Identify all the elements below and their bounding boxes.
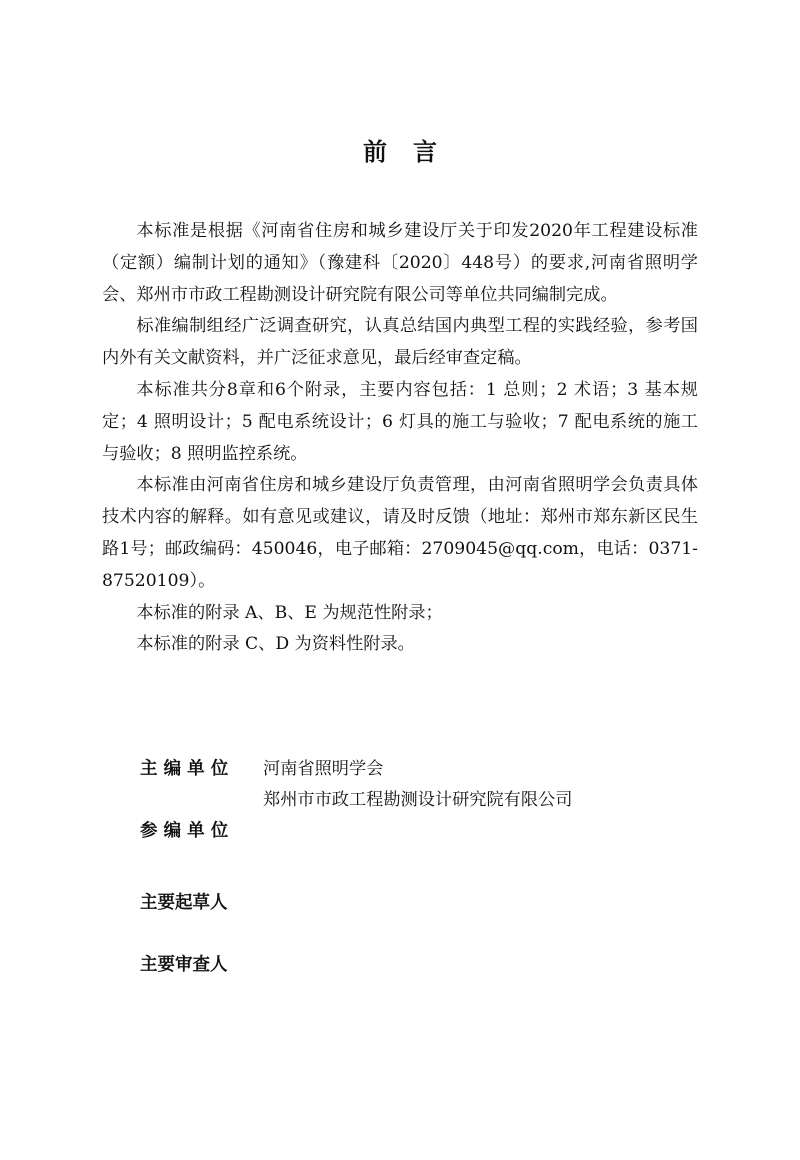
credit-main-reviewers: 主要审查人	[140, 950, 700, 1012]
title-char-1: 前	[363, 134, 387, 170]
credit-label-main-drafters: 主要起草人	[140, 888, 258, 919]
credits-section: 主 编 单 位 河南省照明学会 郑州市市政工程勘测设计研究院有限公司 参 编 单…	[140, 754, 700, 1012]
paragraph-normative-appendix: 本标准的附录 A、B、E 为规范性附录；	[102, 598, 698, 630]
credit-chief-units: 主 编 单 位 河南省照明学会 郑州市市政工程勘测设计研究院有限公司	[140, 754, 700, 816]
paragraph-basis: 本标准是根据《河南省住房和城乡建设厅关于印发2020年工程建设标准（定额）编制计…	[102, 216, 698, 311]
credit-value: 河南省照明学会	[263, 754, 572, 785]
credit-participating-units: 参 编 单 位	[140, 816, 700, 878]
credit-values-chief-units: 河南省照明学会 郑州市市政工程勘测设计研究院有限公司	[258, 754, 572, 816]
paragraph-informative-appendix: 本标准的附录 C、D 为资料性附录。	[102, 629, 698, 661]
title-char-2: 言	[413, 134, 437, 170]
credit-label-participating-units: 参 编 单 位	[140, 816, 258, 847]
credit-label-main-reviewers: 主要审查人	[140, 950, 258, 981]
paragraph-contents: 本标准共分8章和6个附录，主要内容包括：1 总则；2 术语；3 基本规定；4 照…	[102, 375, 698, 470]
credit-value: 郑州市市政工程勘测设计研究院有限公司	[263, 785, 572, 816]
credit-label-chief-units: 主 编 单 位	[140, 754, 258, 785]
document-page: 前言 本标准是根据《河南省住房和城乡建设厅关于印发2020年工程建设标准（定额）…	[0, 0, 800, 1160]
paragraph-management: 本标准由河南省住房和城乡建设厅负责管理，由河南省照明学会负责具体技术内容的解释。…	[102, 470, 698, 597]
credit-main-drafters: 主要起草人	[140, 888, 700, 950]
preface-body: 本标准是根据《河南省住房和城乡建设厅关于印发2020年工程建设标准（定额）编制计…	[102, 216, 698, 661]
page-title: 前言	[0, 134, 800, 170]
paragraph-process: 标准编制组经广泛调查研究，认真总结国内典型工程的实践经验，参考国内外有关文献资料…	[102, 311, 698, 375]
